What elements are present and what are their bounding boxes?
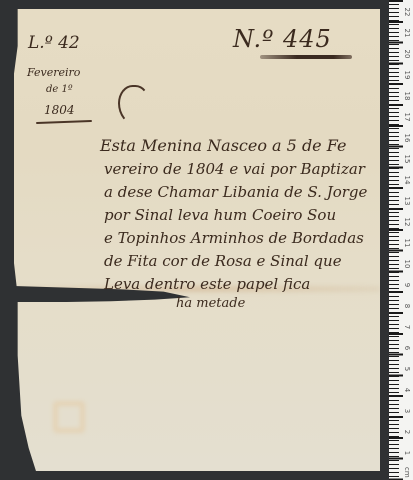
- ruler-label: 8: [403, 301, 411, 311]
- body-line-1: Esta Menina Nasceo a 5 de Fe: [100, 136, 346, 155]
- number-underline: [260, 55, 352, 59]
- ruler-label: 16: [403, 133, 411, 143]
- ruler-label: 10: [403, 259, 411, 269]
- measurement-ruler: 22 21 20 19 18 17 16 15 14 13 12 11 10 9…: [389, 0, 413, 480]
- ruler-label: 19: [403, 70, 411, 80]
- body-line-5: e Topinhos Arminhos de Bordadas: [104, 229, 364, 247]
- ruler-label: 17: [403, 112, 411, 122]
- ruler-label: 9: [403, 280, 411, 290]
- initial-flourish-icon: [118, 85, 150, 125]
- body-line-6: de Fita cor de Rosa e Sinal que: [104, 252, 342, 270]
- ruler-label: 12: [403, 217, 411, 227]
- ruler-label: 20: [403, 49, 411, 59]
- ruler-unit-label: cm: [403, 467, 411, 477]
- ruler-label: 4: [403, 385, 411, 395]
- margin-reference: L.º 42: [28, 33, 80, 53]
- margin-day: de 1º: [46, 84, 73, 95]
- ruler-label: 14: [403, 175, 411, 185]
- ruler-label: 6: [403, 343, 411, 353]
- margin-year: 1804: [44, 103, 75, 117]
- body-line-8: ha metade: [176, 296, 245, 311]
- ruler-label: 22: [403, 7, 411, 17]
- body-line-2: vereiro de 1804 e vai por Baptizar: [104, 160, 365, 178]
- ruler-label: 7: [403, 322, 411, 332]
- paper-stain: [53, 401, 85, 433]
- body-line-3: a dese Chamar Libania de S. Jorge: [104, 183, 367, 201]
- ruler-label: 11: [403, 238, 411, 248]
- ruler-major-ticks: [389, 0, 403, 480]
- ruler-label: 2: [403, 427, 411, 437]
- document-number: N.º 445: [233, 25, 332, 53]
- ruler-label: 1: [403, 448, 411, 458]
- margin-month: Fevereiro: [27, 66, 80, 79]
- ruler-label: 5: [403, 364, 411, 374]
- body-line-4: por Sinal leva hum Coeiro Sou: [104, 206, 336, 224]
- ruler-label: 3: [403, 406, 411, 416]
- ruler-label: 18: [403, 91, 411, 101]
- ruler-label: 15: [403, 154, 411, 164]
- ruler-label: 13: [403, 196, 411, 206]
- ruler-label: 21: [403, 28, 411, 38]
- body-line-7: Leva dentro este papel fica: [104, 275, 310, 293]
